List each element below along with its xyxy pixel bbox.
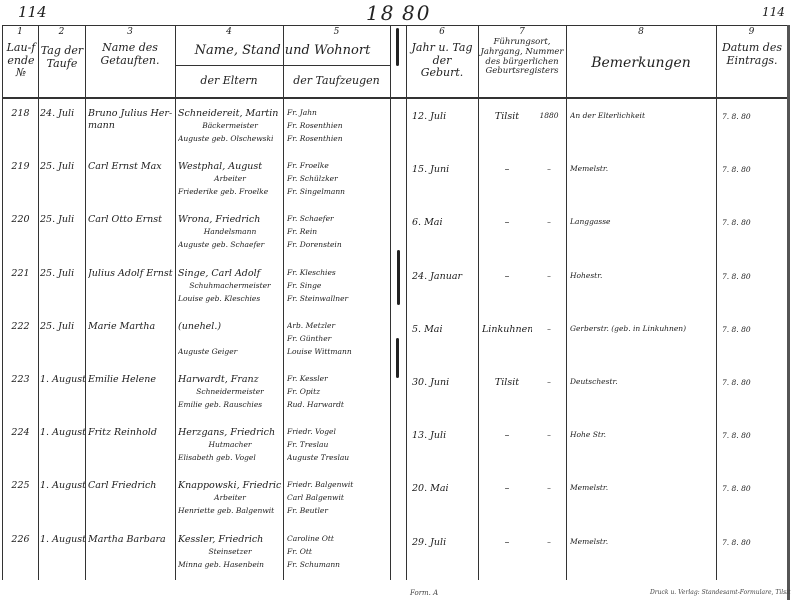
column-number: 5 [283,27,390,37]
parent-line-1: (unehel.) [178,321,282,332]
sponsor-3: Fr. Schumann [287,560,389,569]
remarks: An der Elterlichkeit [570,111,715,120]
sponsor-2: Fr. Rosenthien [287,121,389,130]
column-number: 6 [406,27,478,37]
remarks: Langgasse [570,217,715,226]
child-name: Carl Ernst Max [88,161,174,173]
header-tag-der-taufe: Tag der Taufe [40,45,84,70]
printer-note: Druck u. Verlag: Standesamt-Formulare, T… [650,589,791,596]
birth-date: 29. Juli [412,537,476,548]
row-number: 221 [4,268,37,279]
parent-line-1: Harwardt, Franz [178,374,282,385]
sponsor-2: Fr. Singe [287,281,389,290]
register-year: – [534,217,564,226]
register-place: – [482,271,532,282]
birth-date: 13. Juli [412,430,476,441]
table-row: 2251. AugustCarl FriedrichKnappowski, Fr… [0,471,792,524]
sponsor-1: Friedr. Vogel [287,427,389,436]
remarks: Gerberstr. (geb. in Linkuhnen) [570,324,715,333]
parent-line-2: Schneidermeister [178,387,282,396]
register-place: – [482,430,532,441]
baptism-date: 1. August [40,534,85,545]
remarks: Memelstr. [570,164,715,173]
row-number: 225 [4,480,37,491]
register-place: – [482,217,532,228]
parent-line-2: Arbeiter [178,493,282,502]
sponsor-2: Fr. Ott [287,547,389,556]
child-name: Emilie Helene [88,374,174,386]
remarks: Hohestr. [570,271,715,280]
table-row: 2261. AugustMartha BarbaraKessler, Fried… [0,525,792,578]
parent-line-3: Emilie geb. Rauschies [178,400,282,409]
parent-line-1: Knappowski, Friedrich [178,480,282,491]
birth-date: 30. Juni [412,377,476,388]
table-row: 21824. JuliBruno Julius Her-mannSchneide… [0,99,792,152]
child-name: Carl Friedrich [88,480,174,492]
parent-line-3: Auguste Geiger [178,347,282,356]
birth-date: 12. Juli [412,111,476,122]
column-number: 1 [2,27,38,37]
child-name: Fritz Reinhold [88,427,174,439]
column-number: 4 [175,27,283,37]
sponsor-1: Fr. Jahn [287,108,389,117]
baptism-date: 25. Juli [40,268,85,279]
table-row: 2241. AugustFritz ReinholdHerzgans, Frie… [0,418,792,471]
row-number: 219 [4,161,37,172]
sponsor-1: Friedr. Balgenwit [287,480,389,489]
header-name-des-getauften: Name des Getauften. [88,42,172,67]
page-number-left: 114 [18,3,47,21]
parent-line-1: Kessler, Friedrich [178,534,282,545]
table-row: 2231. AugustEmilie HeleneHarwardt, Franz… [0,365,792,418]
remarks: Deutschestr. [570,377,715,386]
register-place: – [482,483,532,494]
entry-date: 7. 8. 80 [722,165,784,174]
register-year: – [534,537,564,546]
child-name: Julius Adolf Ernst [88,268,174,280]
header-der-taufzeugen: der Taufzeugen [283,75,390,88]
child-name: Marie Martha [88,321,174,333]
parent-line-1: Herzgans, Friedrich [178,427,282,438]
child-name: Carl Otto Ernst [88,214,174,226]
year-left: 18 [366,2,395,25]
register-place: – [482,164,532,175]
table-row: 22225. JuliMarie Martha(unehel.)Auguste … [0,312,792,365]
parent-line-1: Singe, Carl Adolf [178,268,282,279]
baptism-date: 1. August [40,427,85,438]
sponsor-2: Fr. Rein [287,227,389,236]
remarks: Memelstr. [570,483,715,492]
baptism-date: 1. August [40,374,85,385]
baptism-date: 24. Juli [40,108,85,119]
sponsor-2: Fr. Schülzker [287,174,389,183]
entry-date: 7. 8. 80 [722,484,784,493]
column-number: 9 [716,27,787,37]
parent-line-3: Minna geb. Hasenbein [178,560,282,569]
entry-date: 7. 8. 80 [722,538,784,547]
parent-line-1: Westphal, August [178,161,282,172]
baptism-date: 25. Juli [40,214,85,225]
entry-date: 7. 8. 80 [722,378,784,387]
header-datum-des-eintrags: Datum des Eintrags. [720,42,784,67]
header-fuehrungsort: Führungsort, Jahrgang, Nummer des bürger… [480,38,564,77]
column-number: 8 [566,27,716,37]
entry-date: 7. 8. 80 [722,272,784,281]
child-name: Martha Barbara [88,534,174,546]
table-top-border [2,25,789,26]
birth-date: 6. Mai [412,217,476,228]
year-right: 80 [402,2,431,25]
remarks: Hohe Str. [570,430,715,439]
parent-line-2: Schuhmachermeister [178,281,282,290]
remarks: Memelstr. [570,537,715,546]
row-number: 222 [4,321,37,332]
row-number: 226 [4,534,37,545]
sponsor-2: Fr. Günther [287,334,389,343]
parent-line-2: Hutmacher [178,440,282,449]
header-laufende-nr: Lau-fende № [6,42,36,80]
header-der-eltern: der Eltern [175,75,283,88]
sponsor-3: Auguste Treslau [287,453,389,462]
table-row: 22125. JuliJulius Adolf ErnstSinge, Carl… [0,259,792,312]
row-number: 218 [4,108,37,119]
child-name: Bruno Julius Her-mann [88,108,174,132]
row-number: 224 [4,427,37,438]
sponsor-1: Arb. Metzler [287,321,389,330]
parent-line-1: Wrona, Friedrich [178,214,282,225]
row-number: 223 [4,374,37,385]
sponsor-2: Fr. Opitz [287,387,389,396]
register-year: – [534,483,564,492]
row-number: 220 [4,214,37,225]
register-year: – [534,324,564,333]
column-number: 7 [478,27,566,37]
parent-line-2: Handelsmann [178,227,282,236]
table-row: 21925. JuliCarl Ernst MaxWestphal, Augus… [0,152,792,205]
register-year: 1880 [534,111,564,120]
register-place: – [482,537,532,548]
column-number: 3 [85,27,175,37]
baptism-date: 25. Juli [40,321,85,332]
header-bemerkungen: Bemerkungen [566,55,716,71]
parent-line-2: Bäckermeister [178,121,282,130]
entry-date: 7. 8. 80 [722,325,784,334]
sponsor-3: Fr. Beutler [287,506,389,515]
parent-line-3: Friederike geb. Froelke [178,187,282,196]
parent-line-3: Auguste geb. Olschewski [178,134,282,143]
sponsor-3: Fr. Steinwallner [287,294,389,303]
sponsor-1: Fr. Froelke [287,161,389,170]
parent-line-2: Steinsetzer [178,547,282,556]
sponsor-3: Fr. Rosenthien [287,134,389,143]
parent-line-2: Arbeiter [178,174,282,183]
register-year: – [534,271,564,280]
baptism-date: 1. August [40,480,85,491]
birth-date: 15. Juni [412,164,476,175]
register-place: Tilsit [482,377,532,388]
sponsor-1: Fr. Schaefer [287,214,389,223]
register-place: Tilsit [482,111,532,122]
ink-bar [396,28,399,66]
header-geburt: Jahr u. Tag der Geburt. [410,42,474,80]
sponsor-3: Fr. Singelmann [287,187,389,196]
parent-line-3: Henriette geb. Balgenwit [178,506,282,515]
birth-date: 24. Januar [412,271,476,282]
register-rows: 21824. JuliBruno Julius Her-mannSchneide… [0,99,792,579]
birth-date: 20. Mai [412,483,476,494]
table-row: 22025. JuliCarl Otto ErnstWrona, Friedri… [0,205,792,258]
baptism-date: 25. Juli [40,161,85,172]
page-number-right: 114 [762,5,785,19]
register-place: Linkuhnen [482,324,532,335]
parent-line-3: Louise geb. Kleschies [178,294,282,303]
column-number: 2 [38,27,85,37]
sponsor-3: Fr. Dorenstein [287,240,389,249]
birth-date: 5. Mai [412,324,476,335]
register-year: – [534,377,564,386]
sponsor-1: Fr. Kleschies [287,268,389,277]
header-name-stand-wohnort: Name, Stand und Wohnort [175,44,390,59]
sponsor-3: Rud. Harwardt [287,400,389,409]
entry-date: 7. 8. 80 [722,431,784,440]
form-label: Form. A [410,589,438,597]
sponsor-2: Fr. Treslau [287,440,389,449]
sponsor-2: Carl Balgenwit [287,493,389,502]
parent-line-3: Elisabeth geb. Vogel [178,453,282,462]
entry-date: 7. 8. 80 [722,218,784,227]
register-page: 114 114 18 80 1 2 3 4 5 6 7 8 9 Lau-fend… [0,0,792,600]
sponsor-1: Fr. Kessler [287,374,389,383]
sponsor-1: Caroline Ott [287,534,389,543]
parent-line-1: Schneidereit, Martin [178,108,282,119]
entry-date: 7. 8. 80 [722,112,784,121]
parent-line-3: Auguste geb. Schaefer [178,240,282,249]
sponsor-3: Louise Wittmann [287,347,389,356]
register-year: – [534,164,564,173]
register-year: – [534,430,564,439]
